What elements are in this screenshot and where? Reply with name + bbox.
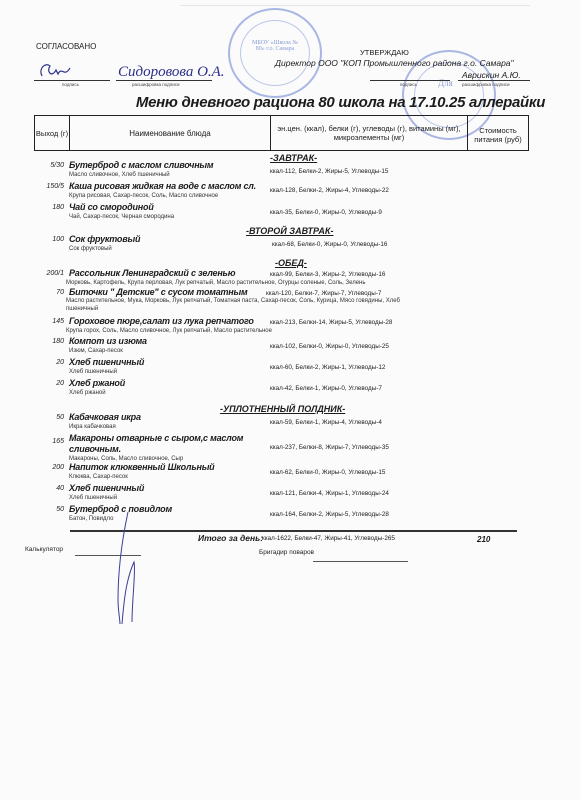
item-nutrition: ккал-35, Белки-0, Жиры-0, Углеводы-9 (270, 209, 382, 216)
item-dish: Сок фруктовый (69, 234, 140, 244)
col-nutrition: эн.цен. (ккал), белки (г), углеводы (г),… (271, 116, 468, 151)
item-ingredients: Масло растительное, Мука, Морковь, Лук р… (66, 298, 400, 304)
total-nutrition: ккал-1622, Белки-47, Жиры-41, Углеводы-2… (262, 535, 395, 542)
agreed-name-caption: расшифровка подписи (132, 82, 179, 87)
agreed-sign-caption: подпись (62, 82, 79, 87)
calculator-signature (110, 510, 140, 625)
item-ingredients: Крупа рисовая, Сахар-песок, Соль, Масло … (69, 193, 218, 199)
item-nutrition: ккал-237, Белки-8, Жиры-7, Углеводы-35 (270, 444, 389, 451)
approver-name: Аврискин А.Ю. (462, 70, 521, 80)
scan-edge-line (180, 5, 530, 6)
item-ingredients: Чай, Сахар-песок, Черная смородина (69, 214, 174, 220)
approver-title: Директор ООО "КОП Промышленного района г… (275, 58, 514, 68)
item-dish-cont: сливочным. (69, 444, 121, 454)
approver-name-line (458, 80, 530, 81)
chef-label: Бригадир поваров (259, 549, 314, 556)
approve-label: УТВЕРЖДАЮ (360, 48, 409, 57)
item-dish: Хлеб ржаной (69, 378, 125, 388)
item-dish: Бутерброд с маслом сливочным (69, 160, 213, 170)
item-dish: Макароны отварные с сыром,с маслом (69, 433, 243, 443)
col-cost: Стоимость питания (руб) (468, 116, 529, 151)
agreed-signature (36, 60, 92, 80)
item-nutrition: ккал-99, Белки-3, Жиры-2, Углеводы-16 (270, 271, 385, 278)
col-dish: Наименование блюда (70, 116, 271, 151)
section-breakfast: -ЗАВТРАК- (270, 153, 317, 163)
item-dish: Хлеб пшеничный (69, 357, 144, 367)
item-yield: 40 (36, 485, 64, 492)
item-dish: Хлеб пшеничный (69, 483, 144, 493)
approver-sign-line (370, 80, 450, 81)
chef-sign-line (313, 561, 408, 562)
item-yield: 100 (36, 236, 64, 243)
item-dish: Напиток клюквенный Школьный (69, 462, 214, 472)
item-dish: Биточки " Детские" с сусом томатным (69, 287, 248, 297)
item-dish: Кабачковая икра (69, 412, 141, 422)
item-ingredients: Батон, Повидло (69, 516, 113, 522)
item-nutrition: ккал-59, Белки-1, Жиры-4, Углеводы-4 (270, 419, 382, 426)
item-yield: 165 (36, 438, 64, 445)
section-lunch: -ОБЕД- (275, 258, 307, 268)
item-yield: 150/5 (36, 183, 64, 190)
section-afternoon-snack: -УПЛОТНЕННЫЙ ПОЛДНИК- (220, 404, 345, 414)
item-ingredients: Икра кабачковая (69, 424, 116, 430)
item-yield: 50 (36, 506, 64, 513)
item-ingredients: Хлеб ржаной (69, 390, 106, 396)
item-yield: 145 (36, 318, 64, 325)
item-dish: Компот из изюма (69, 336, 147, 346)
total-label: Итого за день: (198, 533, 263, 543)
item-ingredients: Морковь, Картофель, Крупа перловая, Лук … (66, 280, 365, 286)
page-title: Меню дневного рациона 80 школа на 17.10.… (0, 94, 581, 111)
item-nutrition: ккал-68, Белки-0, Жиры-0, Углеводы-16 (272, 241, 387, 248)
agreed-name: Сидоровова О.А. (118, 64, 225, 81)
item-ingredients: Хлеб пшеничный (69, 495, 117, 501)
item-yield: 70 (36, 289, 64, 296)
col-yield: Выход (г) (35, 116, 70, 151)
item-yield: 5/30 (36, 162, 64, 169)
item-ingredients-cont: пшеничный (66, 306, 98, 312)
item-dish: Рассольник Ленинградский с зеленью (69, 268, 235, 278)
item-yield: 180 (36, 204, 64, 211)
item-nutrition: ккал-128, Белки-2, Жиры-4, Углеводы-22 (270, 187, 389, 194)
item-dish: Каша рисовая жидкая на воде с маслом сл. (69, 181, 256, 191)
total-cost: 210 (477, 535, 490, 544)
item-nutrition: ккал-60, Белки-2, Жиры-1, Углеводы-12 (270, 364, 385, 371)
agreed-label: СОГЛАСОВАНО (36, 42, 96, 51)
item-ingredients: Сок фруктовый (69, 246, 112, 252)
item-nutrition: ккал-164, Белки-2, Жиры-5, Углеводы-28 (270, 511, 389, 518)
item-ingredients: Масло сливочное, Хлеб пшеничный (69, 172, 170, 178)
item-ingredients: Хлеб пшеничный (69, 369, 117, 375)
item-nutrition: ккал-102, Белки-0, Жиры-0, Углеводы-25 (270, 343, 389, 350)
item-yield: 20 (36, 380, 64, 387)
item-ingredients: Изюм, Сахар-песок (69, 348, 123, 354)
stamp-left-text: МБОУ «Школа № 80» г.о. Самара (252, 40, 298, 52)
item-nutrition: ккал-112, Белки-2, Жиры-5, Углеводы-15 (270, 168, 388, 175)
item-ingredients: Крупа горох, Соль, Масло сливочное, Лук … (66, 328, 272, 334)
item-yield: 180 (36, 338, 64, 345)
approver-name-caption: расшифровка подписи (462, 82, 509, 87)
calculator-label: Калькулятор (25, 546, 63, 553)
approver-sign-caption: подпись (400, 82, 417, 87)
item-nutrition: ккал-121, Белки-4, Жиры-1, Углеводы-24 (270, 490, 389, 497)
item-nutrition: ккал-213, Белки-14, Жиры-5, Углеводы-28 (270, 319, 392, 326)
agreed-sign-line (34, 80, 110, 81)
item-nutrition: ккал-42, Белки-1, Жиры-0, Углеводы-7 (270, 385, 382, 392)
stamp-left: МБОУ «Школа № 80» г.о. Самара (228, 8, 322, 98)
item-yield: 20 (36, 359, 64, 366)
item-dish: Гороховое пюре,салат из лука репчатого (69, 316, 254, 326)
item-yield: 50 (36, 414, 64, 421)
item-yield: 200/1 (36, 270, 64, 277)
agreed-name-line (116, 80, 212, 81)
table-header: Выход (г) Наименование блюда эн.цен. (кк… (34, 115, 529, 151)
item-ingredients: Клюква, Сахар-песок (69, 474, 128, 480)
item-nutrition: ккал-120, Белки-7, Жиры-7, Углеводы-7 (266, 290, 381, 297)
section-second-breakfast: -ВТОРОЙ ЗАВТРАК- (246, 226, 333, 236)
item-nutrition: ккал-62, Белки-0, Жиры-0, Углеводы-15 (270, 469, 385, 476)
item-dish: Чай со смородиной (69, 202, 154, 212)
item-yield: 200 (36, 464, 64, 471)
